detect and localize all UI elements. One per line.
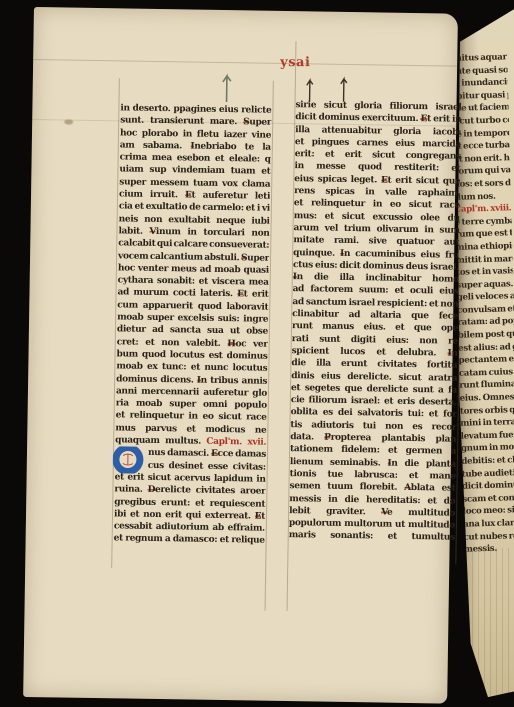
text-line: bilem post quem non xyxy=(458,328,514,342)
red-touched-capital: S xyxy=(241,253,247,263)
manuscript-photo: onitus aquarumante quasi sonim inundanci… xyxy=(0,0,514,707)
crease-line xyxy=(33,59,457,67)
red-touched-capital: E xyxy=(237,290,244,300)
manuscript-page: ysai in deserto. ppagines eius relictesu… xyxy=(23,7,458,704)
red-touched-capital: E xyxy=(211,449,218,459)
rubric-line: Capl'm. xviii. xyxy=(454,202,511,216)
text-line: mini in terra: cum e xyxy=(460,416,514,430)
ascender-flourish xyxy=(220,72,233,106)
red-touched-capital: I xyxy=(447,348,451,358)
text-line: dicit dominus ad me. Quie xyxy=(462,479,514,493)
running-header: ysai xyxy=(280,55,310,70)
text-column-right: sirie sicut gloria filiorum israel erunt… xyxy=(289,99,462,544)
red-touched-capital: H xyxy=(227,339,235,349)
red-touched-capital: E xyxy=(420,114,427,124)
red-touched-capital: I xyxy=(197,375,201,385)
text-line: ana lux clara est et si xyxy=(463,517,514,531)
red-touched-capital: E xyxy=(381,175,388,185)
red-touched-capital: D xyxy=(148,485,156,495)
text-line: maris sonantis: et tumultus xyxy=(289,529,455,544)
page-edge-streaks xyxy=(460,548,514,698)
red-touched-capital: I xyxy=(340,248,344,258)
text-line: tos et in vasis papiri xyxy=(456,265,513,279)
text-line: cut nubes roris in die xyxy=(463,530,514,544)
chapter-initial xyxy=(113,446,145,473)
red-touched-capital: I xyxy=(387,458,391,468)
text-line: et regnum a damasco: et relique xyxy=(114,533,265,548)
red-touched-capital: V xyxy=(381,507,387,517)
text-line: mina ethiopie qui xyxy=(455,240,512,254)
red-touched-capital: A xyxy=(404,483,411,493)
parchment-stain xyxy=(64,119,73,124)
red-touched-capital: P xyxy=(324,433,331,443)
red-touched-capital: E xyxy=(185,190,192,200)
red-touched-capital: E xyxy=(255,511,262,521)
red-touched-capital: S xyxy=(243,118,249,128)
text-line: eius. Omnes habita xyxy=(459,391,514,405)
text-column-left: in deserto. ppagines eius relictesunt. t… xyxy=(114,102,272,547)
chapter-rubric: Capl'm. xvii. xyxy=(201,437,266,448)
red-touched-capital: I xyxy=(190,141,194,151)
text-line: debitis: et clangorem xyxy=(461,454,514,468)
red-touched-capital: I xyxy=(293,272,297,282)
text-line: onitus aquarum xyxy=(450,51,507,65)
red-touched-capital: V xyxy=(149,227,156,237)
